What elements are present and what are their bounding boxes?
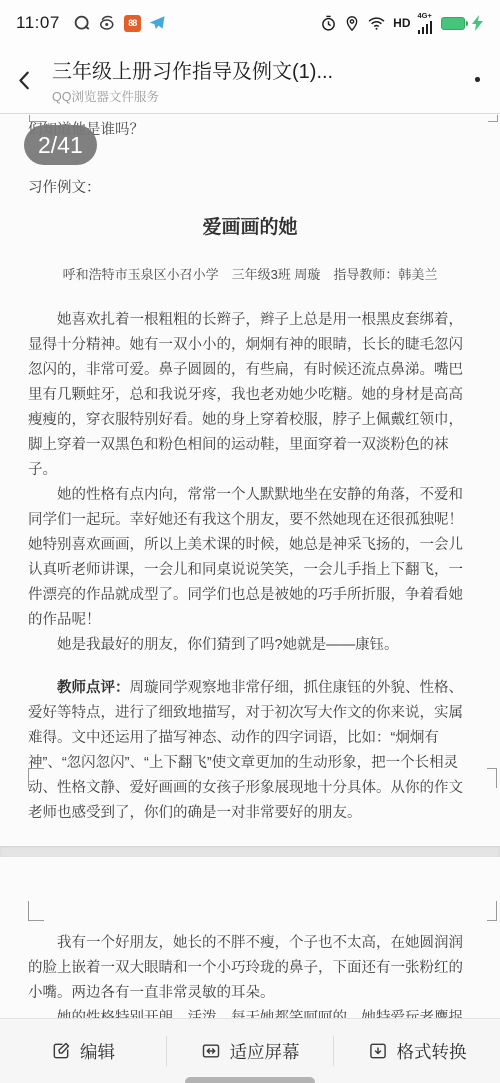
teacher-comment: 教师点评：周璇同学观察地非常仔细，抓住康钰的外貌、性格、爱好等特点，进行了细致地… xyxy=(28,676,472,826)
format-convert-button[interactable]: 格式转换 xyxy=(334,1019,500,1083)
more-menu-button[interactable] xyxy=(469,67,487,92)
signal-icon: 4G+ xyxy=(418,12,433,34)
document-scroll-area[interactable]: 2/41 们知道他是谁吗？ 习作例文： 爱画画的她 呼和浩特市玉泉区小召小学 三… xyxy=(0,115,500,1018)
more-horizontal-icon xyxy=(475,77,480,82)
essay-byline: 呼和浩特市玉泉区小召小学 三年级3班 周璇 指导教师：韩美兰 xyxy=(28,262,472,287)
page-corner-mark xyxy=(29,115,47,122)
page-separator xyxy=(0,846,500,857)
essay-paragraph: 她喜欢扎着一根粗粗的长辫子，辫子上总是用一根黑皮套绑着，显得十分精神。她有一双小… xyxy=(28,308,472,483)
page-number-badge: 2/41 xyxy=(24,125,97,165)
location-icon xyxy=(344,15,360,32)
teacher-comment-text: 周璇同学观察地非常仔细，抓住康钰的外貌、性格、爱好等特点，进行了细致地描写，对于… xyxy=(28,680,463,821)
fit-screen-button-label: 适应屏幕 xyxy=(230,1039,300,1064)
network-type-label: 4G+ xyxy=(418,12,432,20)
qq-browser-icon xyxy=(73,14,91,32)
gesture-bar xyxy=(185,1077,315,1083)
chevron-left-icon xyxy=(14,67,36,93)
format-convert-button-label: 格式转换 xyxy=(397,1039,467,1064)
page-corner-mark xyxy=(487,768,497,788)
teacher-comment-label: 教师点评： xyxy=(57,680,130,696)
document-page-2: 我有一个好朋友，她长的不胖不瘦，个子也不太高，在她圆润润的脸上嵌着一双大眼睛和一… xyxy=(0,857,500,1018)
edit-icon xyxy=(51,1041,71,1061)
page-corner-mark xyxy=(487,901,497,921)
hd-indicator: HD xyxy=(393,16,410,30)
page-corner-mark xyxy=(488,115,498,122)
status-bar: 11:07 88 xyxy=(0,0,500,46)
essay-paragraph: 我有一个好朋友，她长的不胖不瘦，个子也不太高，在她圆润润的脸上嵌着一双大眼睛和一… xyxy=(28,931,472,1006)
back-button[interactable] xyxy=(14,60,46,100)
alarm-icon xyxy=(320,15,337,32)
document-title: 三年级上册习作指导及例文(1)... xyxy=(52,55,333,84)
wifi-icon xyxy=(367,16,386,31)
charging-bolt-icon xyxy=(472,15,484,31)
kuaishou-icon: 88 xyxy=(124,15,141,32)
page-corner-mark xyxy=(28,901,44,921)
edit-button-label: 编辑 xyxy=(80,1039,115,1064)
essay-paragraph: 她的性格有点内向，常常一个人默默地坐在安静的角落，不爱和同学们一起玩。幸好她还有… xyxy=(28,483,472,633)
page-corner-mark xyxy=(28,768,44,788)
essay-title: 爱画画的她 xyxy=(28,214,472,242)
bottom-toolbar: 编辑 适应屏幕 格式转换 xyxy=(0,1018,500,1083)
clock-time: 11:07 xyxy=(16,13,60,33)
section-label: 习作例文： xyxy=(28,176,472,201)
edit-button[interactable]: 编辑 xyxy=(0,1019,166,1083)
essay-paragraph: 她的性格特别开朗，活泼，每天她都笑呵呵的。她特爱玩老鹰捉小鸡，每次下课，她都玩的… xyxy=(28,1006,472,1018)
format-convert-icon xyxy=(368,1041,388,1061)
document-page-1: 们知道他是谁吗？ 习作例文： 爱画画的她 呼和浩特市玉泉区小召小学 三年级3班 … xyxy=(0,115,500,846)
document-header: 三年级上册习作指导及例文(1)... QQ浏览器文件服务 xyxy=(0,46,500,114)
battery-icon xyxy=(441,17,465,30)
fit-screen-icon xyxy=(201,1041,221,1061)
telegram-icon xyxy=(148,14,166,32)
document-source-label: QQ浏览器文件服务 xyxy=(52,87,333,105)
weibo-icon xyxy=(98,14,117,32)
essay-paragraph: 她是我最好的朋友，你们猜到了吗?她就是——康钰。 xyxy=(28,633,472,658)
fit-screen-button[interactable]: 适应屏幕 xyxy=(167,1019,333,1083)
